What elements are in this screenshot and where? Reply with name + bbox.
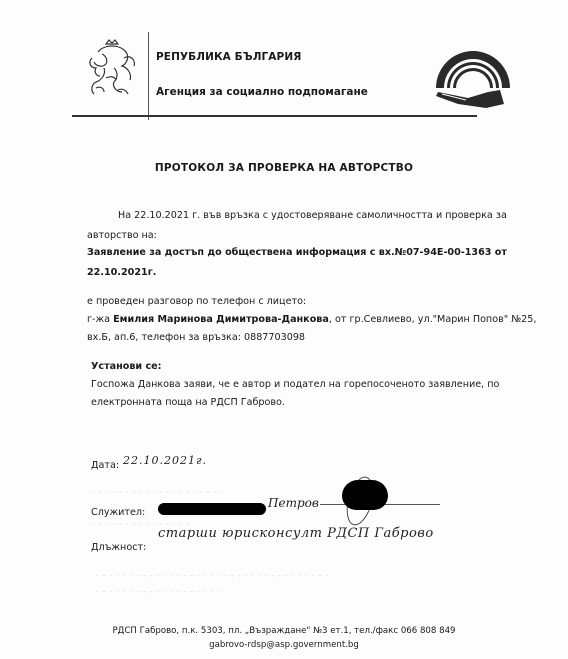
finding-line-1: Госпожа Данкова заяви, че е автор и пода… <box>91 375 499 395</box>
footer-email: gabrovo-rdsp@asp.government.bg <box>0 640 568 650</box>
faint-bleedthrough: - - - - - - - - - - - - - - - - - - - - <box>92 488 224 496</box>
document-page: РЕПУБЛИКА БЪЛГАРИЯ Агенция за социално п… <box>0 0 568 659</box>
header-divider <box>148 32 149 120</box>
person-contact: вх.Б, ап.6, телефон за връзка: 088770309… <box>87 328 305 348</box>
position-label: Длъжност: <box>91 538 146 558</box>
employee-handwritten: Петров <box>268 496 319 510</box>
conversation-line: е проведен разговор по телефон с лицето: <box>87 292 306 312</box>
person-prefix: г-жа <box>87 314 113 325</box>
subject-line-2: 22.10.2021г. <box>87 263 156 283</box>
finding-line-2: електронната поща на РДСП Габрово. <box>91 393 285 413</box>
intro-line-1: На 22.10.2021 г. във връзка с удостоверя… <box>118 206 507 226</box>
redaction-bar <box>158 503 266 515</box>
document-title: ПРОТОКОЛ ЗА ПРОВЕРКА НА АВТОРСТВО <box>0 162 568 174</box>
date-handwritten: 22.10.2021г. <box>123 454 207 467</box>
position-handwritten: старши юрисконсулт РДСП Габрово <box>158 526 434 541</box>
faint-bleedthrough: - - - - - - - - - - - - - - - - - - - <box>96 588 221 596</box>
person-name: Емилия Маринова Димитрова-Данкова <box>113 314 329 325</box>
faint-bleedthrough: - - - - - - - - - - - - - - - - - - - - … <box>96 572 329 580</box>
agency-name: Агенция за социално подпомагане <box>156 86 368 98</box>
hand-with-arches-icon <box>428 34 518 114</box>
date-label: Дата: <box>91 456 119 476</box>
coat-of-arms-lion-icon <box>84 38 140 100</box>
person-line: г-жа Емилия Маринова Димитрова-Данкова, … <box>87 310 536 330</box>
signature-redaction <box>342 480 388 510</box>
established-label: Установи се: <box>91 357 162 377</box>
person-address: , от гр.Севлиево, ул."Марин Попов" №25, <box>329 314 537 325</box>
subject-line-1: Заявление за достъп до обществена информ… <box>87 243 507 263</box>
country-name: РЕПУБЛИКА БЪЛГАРИЯ <box>156 51 301 63</box>
footer-address: РДСП Габрово, п.к. 5303, пл. „Възраждане… <box>0 626 568 636</box>
header-rule <box>72 115 477 117</box>
